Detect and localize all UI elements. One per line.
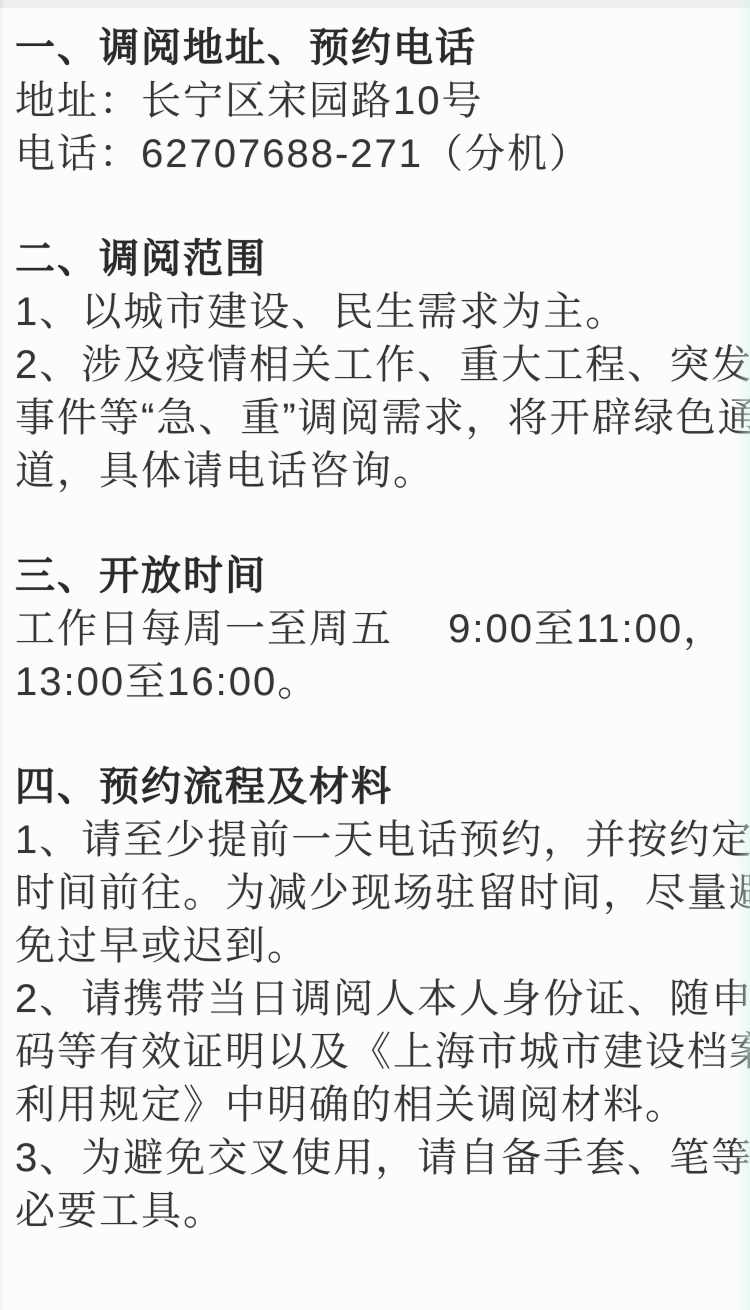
text-line: 2、请携带当日调阅人本人身份证、随申: [15, 973, 742, 1026]
text-line: 1、以城市建设、民生需求为主。: [15, 286, 742, 339]
section-heading: 四、预约流程及材料: [15, 761, 742, 814]
section-heading: 二、调阅范围: [15, 233, 742, 286]
section-appointment-materials: 四、预约流程及材料 1、请至少提前一天电话预约，并按约定 时间前往。为减少现场驻…: [15, 761, 742, 1238]
text-line: 免过早或迟到。: [15, 920, 742, 973]
section-opening-hours: 三、开放时间 工作日每周一至周五 9:00至11:00， 13:00至16:00…: [15, 550, 742, 709]
section-heading: 一、调阅地址、预约电话: [15, 22, 742, 75]
section-address-phone: 一、调阅地址、预约电话 地址：长宁区宋园路10号 电话：62707688-271…: [15, 22, 742, 181]
text-line: 2、涉及疫情相关工作、重大工程、突发: [15, 339, 742, 392]
text-line: 利用规定》中明确的相关调阅材料。: [15, 1079, 742, 1132]
text-line: 3、为避免交叉使用，请自备手套、笔等: [15, 1132, 742, 1185]
section-heading: 三、开放时间: [15, 550, 742, 603]
text-line: 1、请至少提前一天电话预约，并按约定: [15, 814, 742, 867]
text-line: 道，具体请电话咨询。: [15, 445, 742, 498]
text-line-afternoon-hours: 13:00至16:00。: [15, 656, 742, 709]
notice-page: 一、调阅地址、预约电话 地址：长宁区宋园路10号 电话：62707688-271…: [0, 0, 750, 1310]
text-line-weekday-hours: 工作日每周一至周五 9:00至11:00，: [15, 603, 742, 656]
section-scope: 二、调阅范围 1、以城市建设、民生需求为主。 2、涉及疫情相关工作、重大工程、突…: [15, 233, 742, 498]
text-line: 事件等“急、重”调阅需求，将开辟绿色通: [15, 392, 742, 445]
text-line: 时间前往。为减少现场驻留时间，尽量避: [15, 867, 742, 920]
text-line: 必要工具。: [15, 1185, 742, 1238]
notice-document: 一、调阅地址、预约电话 地址：长宁区宋园路10号 电话：62707688-271…: [0, 0, 750, 1238]
text-line-address: 地址：长宁区宋园路10号: [15, 75, 742, 128]
text-line-phone: 电话：62707688-271（分机）: [15, 128, 742, 181]
text-line: 码等有效证明以及《上海市城市建设档案: [15, 1026, 742, 1079]
